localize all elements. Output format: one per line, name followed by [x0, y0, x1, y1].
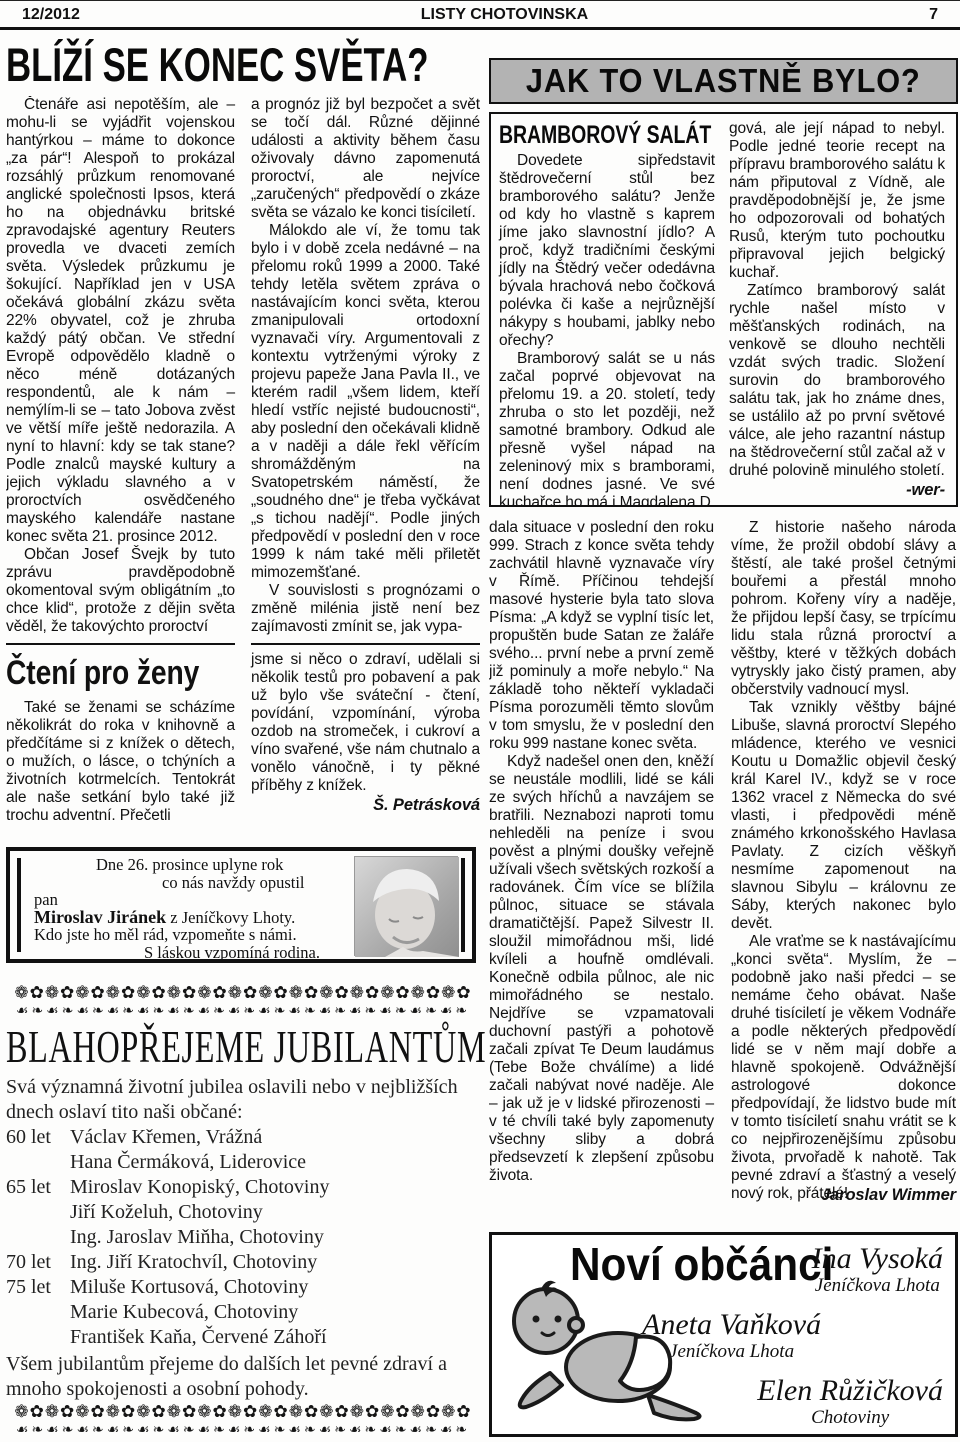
salad-left-text: Dovedete sipředstavit štědrovečerní stůl…	[499, 152, 715, 507]
potato-salad-box: BRAMBOROVÝ SALÁT Dovedete sipředstavit š…	[489, 112, 958, 507]
paragraph: Ale vraťme se k nastávajícímu „konci svě…	[731, 933, 956, 1203]
paragraph: dala situace v poslední den roku 999. St…	[489, 519, 714, 753]
jubilant-row: 60 letVáclav Křemen, Vrážná	[6, 1125, 480, 1150]
jubilant-row: 70 letIng. Jiří Kratochvíl, Chotoviny	[6, 1250, 480, 1275]
obituary-box: Dne 26. prosince uplyne rok co nás navžd…	[6, 847, 476, 963]
jubilant-name: Miluše Kortusová, Chotoviny	[70, 1275, 308, 1300]
paragraph: a prognóz již byl bezpočet a svět se toč…	[251, 96, 480, 222]
jubilant-name: František Kaňa, Červené Záhoří	[70, 1325, 327, 1350]
paragraph: Tak vznikly věštby bájné Libuše, slavná …	[731, 699, 956, 933]
jubilant-name: Hana Čermáková, Liderovice	[70, 1150, 306, 1175]
jubilant-row: 65 letMiroslav Konopiský, Chotoviny	[6, 1175, 480, 1200]
jubilants-intro: Svá významná životní jubilea oslavili ne…	[6, 1075, 480, 1125]
floral-ornament-row: ❁✿❁✿❁✿❁✿❁✿❁✿❁✿❁✿❁✿❁✿❁✿❁✿❁✿❁✿❁✿	[14, 983, 471, 1002]
reading-author-signature: Š. Petrásková	[251, 795, 480, 815]
left-column-region: BLÍŽÍ SE KONEC SVĚTA? Čtenáře asi nepotě…	[6, 36, 480, 1440]
jubilants-closing: Všem jubilantům přejeme do dalších let p…	[6, 1352, 480, 1402]
jubilant-age: 75 let	[6, 1275, 70, 1300]
floral-border-bottom: ❁✿❁✿❁✿❁✿❁✿❁✿❁✿❁✿❁✿❁✿❁✿❁✿❁✿❁✿❁✿ ☙❧☙❧☙❧☙❧☙…	[6, 1402, 480, 1440]
how-it-was-title: JAK TO VLASTNĚ BYLO?	[526, 62, 921, 100]
portrait-of-man-image	[355, 857, 459, 957]
paragraph: Zatímco bramborový salát rychle našel mí…	[729, 282, 945, 480]
deceased-name: Miroslav Jiránek	[34, 907, 166, 927]
newborn-entry: Elen RůžičkováChotoviny	[757, 1375, 943, 1429]
masthead: 12/2012 LISTY CHOTOVINSKA 7	[0, 0, 960, 30]
jubilant-age	[6, 1300, 70, 1325]
paragraph: Také se ženami se scházíme několikrát do…	[6, 699, 235, 825]
scroll-ornament-row: ☙❧☙❧☙❧☙❧☙❧☙❧☙❧☙❧☙❧☙❧☙❧☙❧☙❧☙❧☙❧	[6, 1001, 480, 1020]
jubilant-age	[6, 1325, 70, 1350]
newborn-place: Chotoviny	[757, 1407, 943, 1429]
newborns-box: Noví občánci Ina VysokáJeníčkova LhotaAn…	[489, 1232, 958, 1437]
floral-border-top: ❁✿❁✿❁✿❁✿❁✿❁✿❁✿❁✿❁✿❁✿❁✿❁✿❁✿❁✿❁✿ ☙❧☙❧☙❧☙❧☙…	[6, 983, 480, 1021]
crawling-baby-image	[498, 1275, 713, 1430]
continuation-left-text: dala situace v poslední den roku 999. St…	[489, 519, 714, 1185]
main-article-columns: Čtenáře asi nepotěším, ale – mohu-li se …	[6, 96, 480, 847]
salad-column-right: gová, ale její nápad to nebyl. Podle jed…	[729, 120, 945, 499]
salad-column-left: BRAMBOROVÝ SALÁT Dovedete sipředstavit š…	[499, 120, 715, 499]
jubilant-age	[6, 1150, 70, 1175]
jubilants-title: BLAHOPŘEJEME JUBILANTŮM	[6, 1021, 338, 1073]
salad-right-text: gová, ale její nápad to nebyl. Podle jed…	[729, 120, 945, 480]
jubilant-age: 60 let	[6, 1125, 70, 1150]
paragraph: Bramborový salát se u nás začal poprvé o…	[499, 350, 715, 507]
how-it-was-banner: JAK TO VLASTNĚ BYLO?	[489, 58, 958, 104]
scroll-ornament-row: ☙❧☙❧☙❧☙❧☙❧☙❧☙❧☙❧☙❧☙❧☙❧☙❧☙❧☙❧☙❧	[6, 1420, 480, 1439]
jubilant-row: Hana Čermáková, Liderovice	[6, 1150, 480, 1175]
reading-col1-text: Také se ženami se scházíme několikrát do…	[6, 699, 235, 825]
jubilant-name: Miroslav Konopiský, Chotoviny	[70, 1175, 329, 1200]
newborn-entry: Ina VysokáJeníčkova Lhota	[812, 1243, 943, 1297]
section-divider	[6, 643, 235, 645]
article-col1-text: Čtenáře asi nepotěším, ale – mohu-li se …	[6, 96, 235, 636]
salad-title: BRAMBOROVÝ SALÁT	[499, 120, 667, 150]
issue-date: 12/2012	[22, 6, 80, 24]
article-column-1: Čtenáře asi nepotěším, ale – mohu-li se …	[6, 96, 235, 825]
jubilant-age	[6, 1225, 70, 1250]
reading-section-title: Čtení pro ženy	[6, 651, 196, 695]
obituary-photo	[354, 856, 458, 956]
article-column-2: a prognóz již byl bezpočet a svět se toč…	[251, 96, 480, 825]
paragraph: Dovedete sipředstavit štědrovečerní stůl…	[499, 152, 715, 350]
paragraph: V souvislosti s prognózami o změně milén…	[251, 582, 480, 636]
continuation-right-text: Z historie našeho národa víme, že prožil…	[731, 519, 956, 1203]
floral-ornament-row: ❁✿❁✿❁✿❁✿❁✿❁✿❁✿❁✿❁✿❁✿❁✿❁✿❁✿❁✿❁✿	[14, 1402, 471, 1421]
paragraph: Občan Josef Švejk by tuto zprávu pravděp…	[6, 546, 235, 636]
right-column-region: JAK TO VLASTNĚ BYLO? BRAMBOROVÝ SALÁT Do…	[489, 58, 958, 1219]
newborn-name: Ina Vysoká	[812, 1243, 943, 1275]
jubilant-name: Marie Kubecová, Chotoviny	[70, 1300, 298, 1325]
jubilant-name: Ing. Jiří Kratochvíl, Chotoviny	[70, 1250, 317, 1275]
jubilant-age	[6, 1200, 70, 1225]
jubilant-row: Jiří Koželuh, Chotoviny	[6, 1200, 480, 1225]
jubilants-section: Svá významná životní jubilea oslavili ne…	[6, 1075, 480, 1402]
deceased-name-rest: z Jeníčkovy Lhoty.	[166, 908, 295, 927]
jubilant-name: Václav Křemen, Vrážná	[70, 1125, 262, 1150]
jubilant-row: Ing. Jaroslav Miňha, Chotoviny	[6, 1225, 480, 1250]
paragraph: Když nadešel onen den, kněží se neustále…	[489, 753, 714, 1185]
section-divider	[251, 643, 480, 645]
jubilant-age: 65 let	[6, 1175, 70, 1200]
paragraph: jsme si něco o zdraví, udělali si několi…	[251, 651, 480, 795]
main-article-title: BLÍŽÍ SE KONEC SVĚTA?	[6, 38, 357, 92]
paragraph: Málokdo ale ví, že tomu tak bylo i v dob…	[251, 222, 480, 582]
continuation-column-right: Z historie našeho národa víme, že prožil…	[731, 519, 956, 1205]
jubilant-row: Marie Kubecová, Chotoviny	[6, 1300, 480, 1325]
jubilants-list: 60 letVáclav Křemen, VrážnáHana Čermákov…	[6, 1125, 480, 1350]
newspaper-title: LISTY CHOTOVINSKA	[421, 6, 588, 24]
newspaper-page: 12/2012 LISTY CHOTOVINSKA 7 BLÍŽÍ SE KON…	[0, 0, 960, 1442]
article-col2-text: a prognóz již byl bezpočet a svět se toč…	[251, 96, 480, 636]
jubilant-row: 75 letMiluše Kortusová, Chotoviny	[6, 1275, 480, 1300]
paragraph: gová, ale její nápad to nebyl. Podle jed…	[729, 120, 945, 282]
jubilant-row: František Kaňa, Červené Záhoří	[6, 1325, 480, 1350]
continuation-column-left: dala situace v poslední den roku 999. St…	[489, 519, 714, 1205]
paragraph: Z historie našeho národa víme, že prožil…	[731, 519, 956, 699]
newborn-name: Elen Růžičková	[757, 1375, 943, 1407]
paragraph: Čtenáře asi nepotěším, ale – mohu-li se …	[6, 96, 235, 546]
reading-col2-text: jsme si něco o zdraví, udělali si několi…	[251, 651, 480, 795]
article-continuation: dala situace v poslední den roku 999. St…	[489, 519, 958, 1219]
salad-author-signature: -wer-	[729, 480, 945, 500]
jubilant-name: Jiří Koželuh, Chotoviny	[70, 1200, 263, 1225]
jubilant-name: Ing. Jaroslav Miňha, Chotoviny	[70, 1225, 324, 1250]
jubilant-age: 70 let	[6, 1250, 70, 1275]
newborn-place: Jeníčkova Lhota	[812, 1275, 943, 1297]
page-number: 7	[929, 6, 938, 24]
